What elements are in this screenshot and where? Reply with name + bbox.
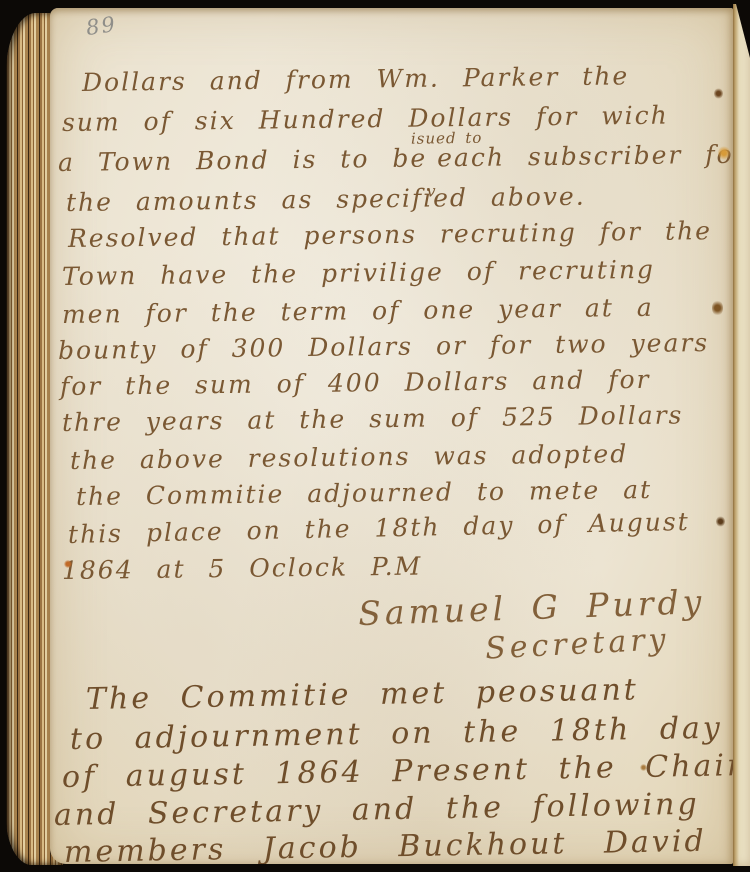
manuscript-line: Resolved that persons recruting for the — [68, 216, 712, 253]
facing-page-edge — [733, 4, 750, 866]
foxing-spot — [712, 300, 723, 316]
manuscript-line: the amounts as specified above. — [66, 182, 586, 217]
page-number: 89 — [84, 12, 118, 40]
manuscript-line: The Commitie met peosuant — [86, 672, 639, 717]
manuscript-line: a Town Bond is to beisued toveach subscr… — [58, 140, 733, 177]
manuscript-line: this place on the 18th day of August — [68, 507, 690, 549]
insertion-text: isued to — [411, 129, 483, 148]
signature-title: Secretary — [484, 622, 670, 667]
foxing-spot — [716, 516, 725, 527]
manuscript-line: sum of six Hundred Dollars for wich — [62, 101, 669, 137]
manuscript-line: thre years at the sum of 525 Dollars — [62, 400, 684, 437]
manuscript-line: Town have the privilige of recruting — [62, 255, 655, 291]
photo-background: { "page_number": "89", "colors": { "pape… — [0, 0, 750, 872]
foxing-spot — [714, 88, 723, 99]
manuscript-line: Dollars and from Wm. Parker the — [82, 61, 630, 97]
photo-corner-shadow — [735, 0, 750, 58]
manuscript-line: the Commitie adjourned to mete at — [76, 475, 652, 511]
manuscript-line: 1864 at 5 Oclock P.M — [62, 552, 423, 585]
manuscript-page: 89 Dollars and from Wm. Parker the sum o… — [50, 8, 733, 864]
manuscript-line: the above resolutions was adopted — [70, 439, 629, 475]
manuscript-line: for the sum of 400 Dollars and for — [60, 365, 651, 401]
manuscript-line: bounty of 300 Dollars or for two years — [58, 328, 710, 365]
line-text-before-insertion: a Town Bond is to be — [58, 143, 428, 177]
manuscript-line: men for the term of one year at a — [62, 293, 654, 329]
